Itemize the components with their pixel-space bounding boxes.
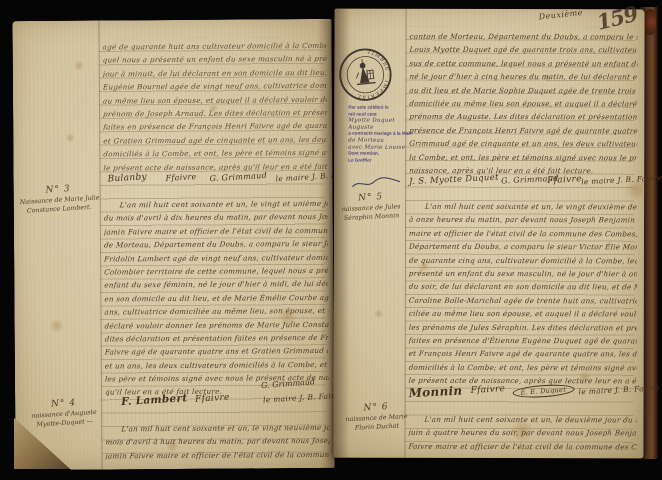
stain (374, 309, 384, 319)
handwritten-line: présenté un enfant du sexe masculin, né … (409, 267, 637, 281)
margin-note-6: N° 6 naissance de MarieFlorin Duchat (343, 401, 410, 433)
register-scan: agé de quarante huit ans cultivateur dom… (0, 0, 662, 480)
margin-note-4: N° 4 naissance d'AugusteMyotte-Duquet — (24, 396, 104, 430)
handwritten-line: domiciliés à la Combe, et ont, les père … (103, 146, 328, 161)
handwritten-line: L'an mil huit cent soixante et un, le vi… (409, 200, 637, 214)
act4-continuation-text: canton de Morteau, Département du Doubs,… (409, 30, 637, 178)
handwritten-line: prénoms de Auguste. Les dites déclaratio… (409, 110, 637, 124)
handwritten-line: Caroline Bolle-Marichal agée de trente h… (409, 294, 637, 308)
signature: F. Lambert (121, 392, 188, 408)
margin-note-5: N° 5 naissance de JulesSéraphin Monnin (337, 191, 404, 223)
handwritten-line: enfant du sexe féminin, né le jour d'hie… (104, 277, 329, 292)
handwritten-line: les prénoms de Jules Séraphin. Les dites… (409, 320, 637, 334)
act5-text: L'an mil huit cent soixante et un, le vi… (409, 200, 637, 388)
signature: Ffaivre (165, 172, 197, 183)
handwritten-line: Faivre maire et officier de l'état civil… (408, 440, 636, 454)
signature: le maire J. B. Faivre (263, 391, 345, 405)
handwritten-line: Grimmaud agé de cinquante et un ans, les… (409, 137, 637, 151)
handwritten-line: domiciliée au même lieu son épouse, et a… (409, 97, 637, 111)
seal-figure (355, 58, 376, 85)
signature: G. Grimmaud (209, 171, 267, 183)
handwritten-line: jamin Faivre maire et officier de l'état… (105, 448, 329, 463)
stamp-line: Le Greffier (348, 157, 412, 164)
handwritten-line: de Morteau, Département du Doubs, a comp… (104, 237, 329, 252)
margin-note-3: N° 3 Naissance de Marie JulieConstance L… (19, 183, 99, 217)
seal-legend: TIMBRE · IMPÉRIAL · (346, 48, 393, 102)
stain (49, 319, 65, 333)
handwritten-line: L'an mil huit cent soixante et un, le de… (408, 413, 636, 427)
act4-signature-row: J. S. Myotte Duquet G. Grimmaud Ffaivre … (409, 175, 637, 194)
act3-signature-row: F. Lambert Ffaivre le maire J. B. Faivre (105, 393, 329, 413)
signature: Ffaivre (547, 174, 582, 186)
handwritten-line: ans, cultivatrice domiciliée au même lie… (104, 304, 329, 319)
handwritten-line: maire et officier de l'état civil de la … (409, 227, 637, 241)
handwritten-line: canton de Morteau, Département du Doubs,… (409, 30, 637, 44)
handwritten-line: au dit lieu et de Marie Sophie Duquet ag… (409, 83, 637, 97)
handwritten-line: Département du Doubs, a comparu le sieur… (409, 240, 637, 254)
handwritten-line: de quarante cinq ans, cultivateur domici… (409, 253, 637, 267)
handwritten-line: à onze heures du matin, par devant nous … (409, 213, 637, 227)
signature: Ffaivre (195, 393, 230, 405)
handwritten-line: et François Henri Faivre agé de quarante… (409, 347, 637, 361)
handwritten-line: du soir, de lui déclarant en son domicil… (409, 280, 637, 294)
svg-text:TIMBRE · IMPÉRIAL ·: TIMBRE · IMPÉRIAL · (346, 48, 393, 102)
signature: Ffaivre (470, 384, 505, 396)
book-cover-corner (645, 9, 656, 35)
act6-opening-text: L'an mil huit cent soixante et un, le de… (408, 413, 636, 454)
margin-note-text: naissance de JulesSéraphin Monnin (338, 202, 405, 223)
handwritten-line: déclaré vouloir donner les prénoms de Ma… (104, 317, 329, 332)
signature: Bulanby (107, 172, 147, 184)
imperial-seal-stamp: TIMBRE · IMPÉRIAL · (335, 44, 396, 105)
marriage-mention-stamp: Par acte célébré lemil neuf centMyotte D… (348, 105, 412, 177)
handwritten-line: sus de cette commune, lequel nous a prés… (409, 57, 637, 71)
stain (73, 61, 85, 71)
handwritten-line: ciliée au même lieu son épouse, et auque… (409, 307, 637, 321)
handwritten-line: Louis Myotte Duquet agé de quarante troi… (409, 43, 637, 57)
stain (65, 133, 75, 143)
signature: E. E. Duquet (512, 383, 574, 399)
act5-signature-row: Monnin Ffaivre E. E. Duquet le maire J. … (409, 385, 637, 404)
handwritten-line: présence de François Henri Faivre agé de… (409, 124, 637, 138)
handwritten-line: mois d'avril à huit heures du matin, par… (105, 434, 329, 449)
right-page: Deuxième 159 TIMBRE · IMPÉRIAL · Par act… (333, 9, 644, 459)
handwritten-line: la Combe, et ont, les père et témoins si… (409, 150, 637, 164)
handwritten-line: faites en présence de François Henri Fai… (103, 119, 328, 134)
handwritten-line: quel nous a présenté un enfant du sexe m… (103, 52, 328, 67)
handwritten-line: Faivre agé de quarante quatre ans et Gra… (104, 344, 329, 359)
act2-continuation-text: agé de quarante huit ans cultivateur dom… (103, 39, 328, 174)
act4-opening-text: L'an mil huit cent soixante et un, le vi… (105, 421, 329, 463)
act3-text: L'an mil huit cent soixante et un, le vi… (104, 197, 329, 399)
handwritten-line: domiciliés à la Combe; et ont, les père … (409, 360, 637, 374)
left-page: agé de quarante huit ans cultivateur dom… (12, 19, 334, 470)
signature: J. S. Myotte Duquet (409, 173, 499, 187)
act2-signature-row: Bulanby Ffaivre G. Grimmaud le maire J. … (104, 172, 328, 192)
handwritten-line: né le jour d'hier à cinq heures du matin… (409, 70, 637, 84)
handwritten-line: juin à quatre heures du soir, par devant… (408, 426, 636, 440)
signature: Monnin (408, 384, 462, 401)
margin-note-text: naissance de MarieFlorin Duchat (343, 412, 410, 433)
handwritten-line: Eugénie Bournel agée de vingt neuf ans, … (103, 79, 328, 94)
handwritten-line: du mois d'avril à dix heures du matin, p… (104, 210, 329, 225)
handwritten-line: faites en présence d'Étienne Eugène Duqu… (409, 334, 637, 348)
